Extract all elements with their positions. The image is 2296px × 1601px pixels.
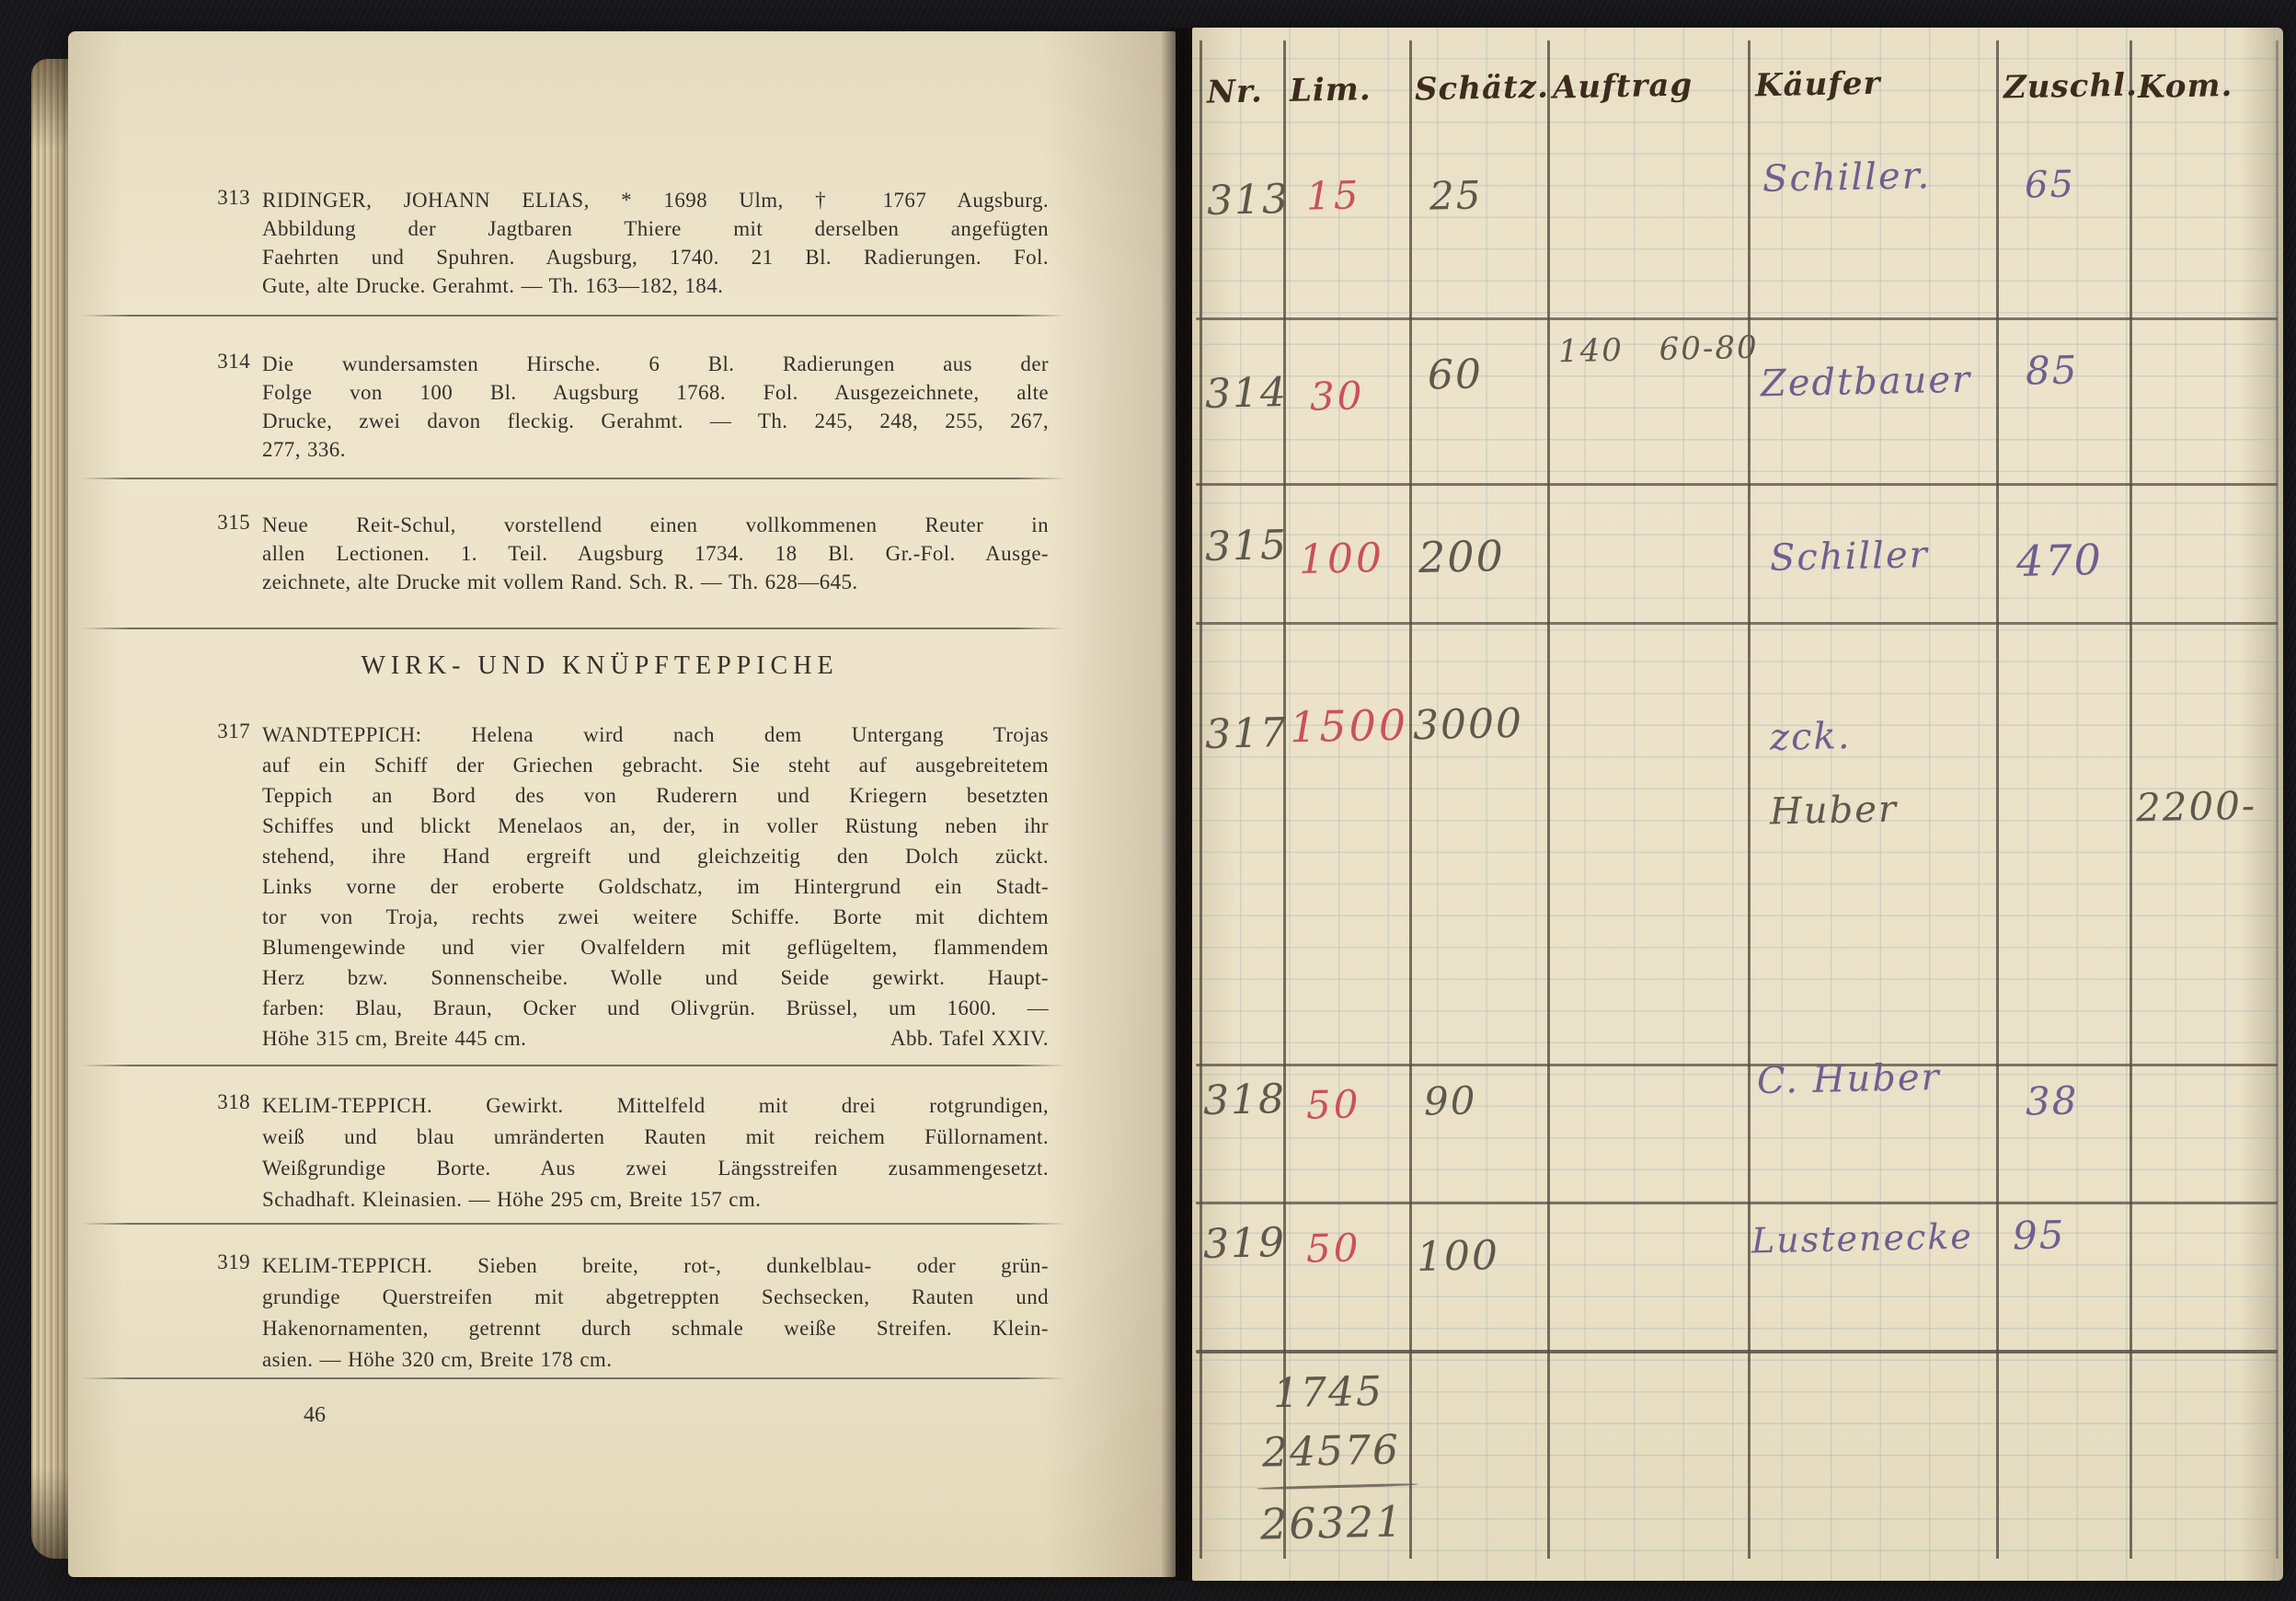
catalog-text-line: 277, 336. [262, 435, 1049, 464]
catalog-text-line: KELIM-TEPPICH. Sieben breite, rot-, dunk… [262, 1250, 1049, 1282]
ledger-cell-hammer-price: 95 [2012, 1212, 2065, 1258]
catalog-text-line: zeichnete, alte Drucke mit vollem Rand. … [262, 568, 1049, 596]
ledger-cell-limit: 50 [1305, 1081, 1360, 1127]
row-divider [1196, 622, 2278, 625]
catalog-entry-315: 315 Neue Reit-Schul, vorstellend einen v… [96, 511, 1049, 596]
column-header-auftrag: Auftrag [1553, 66, 1693, 106]
column-header-zuschl: Zuschl. [2003, 66, 2139, 106]
ledger-cell-nr: 317 [1204, 709, 1288, 758]
entry-number: 319 [186, 1250, 250, 1274]
entry-text: KELIM-TEPPICH. Gewirkt. Mittelfeld mit d… [262, 1090, 1049, 1215]
entry-divider [81, 1065, 1065, 1066]
totals-subtotal: 1745 [1272, 1368, 1383, 1418]
ledger-cell-estimate: 25 [1429, 172, 1482, 218]
catalog-text-line: Drucke, zwei davon fleckig. Gerahmt. — T… [262, 407, 1049, 435]
entry-number: 317 [186, 720, 250, 743]
entry-text: Die wundersamsten Hirsche. 6 Bl. Radieru… [262, 350, 1049, 464]
catalog-text-line: WANDTEPPICH: Helena wird nach dem Unterg… [262, 720, 1049, 750]
catalog-text-line: Abbildung der Jagtbaren Thiere mit derse… [262, 214, 1049, 243]
catalog-entry-317: 317 WANDTEPPICH: Helena wird nach dem Un… [96, 720, 1049, 1054]
catalog-text-line: Neue Reit-Schul, vorstellend einen vollk… [262, 511, 1049, 539]
ledger-cell-buyer: Lustenecke [1751, 1215, 1974, 1261]
entry-divider [81, 1223, 1065, 1225]
catalog-text-line: Links vorne der eroberte Goldschatz, im … [262, 871, 1049, 902]
ledger-cell-estimate: 60 [1427, 351, 1483, 398]
catalog-entry-313: 313 RIDINGER, JOHANN ELIAS, * 1698 Ulm, … [96, 186, 1049, 300]
page-number: 46 [96, 1403, 1049, 1428]
catalog-text-line: grundige Querstreifen mit abgetreppten S… [262, 1282, 1049, 1313]
column-header-kom: Kom. [2138, 67, 2233, 106]
ledger-cell-buyer: Schiller. [1762, 155, 1932, 201]
totals-divider [1196, 1350, 2278, 1353]
ledger-grid-lines [1192, 28, 2283, 1581]
catalog-entry-319: 319 KELIM-TEPPICH. Sieben breite, rot-, … [96, 1250, 1049, 1376]
ledger-cell-estimate: 100 [1416, 1232, 1499, 1281]
entry-divider [81, 315, 1065, 317]
catalog-page: 313 RIDINGER, JOHANN ELIAS, * 1698 Ulm, … [68, 31, 1176, 1577]
entry-number: 315 [186, 511, 250, 535]
row-divider [1196, 1064, 2278, 1066]
column-line-auftrag-kaeufer [1748, 40, 1751, 1559]
row-divider [1196, 1202, 2278, 1204]
entry-number: 313 [186, 186, 250, 210]
ledger-cell-limit: 30 [1309, 373, 1364, 419]
totals-underline [1257, 1483, 1418, 1491]
entry-text: Neue Reit-Schul, vorstellend einen vollk… [262, 511, 1049, 596]
ledger-cell-estimate: 90 [1423, 1077, 1476, 1123]
catalog-text-line: Weißgrundige Borte. Aus zwei Längsstreif… [262, 1153, 1049, 1184]
ledger-cell-nr: 315 [1204, 522, 1288, 570]
column-header-kaeufer: Käufer [1755, 65, 1881, 105]
ledger-cell-buyer-second: Huber [1770, 789, 1899, 834]
ledger-cell-hammer-price: 85 [2025, 347, 2078, 393]
column-header-schaetz: Schätz. [1415, 68, 1550, 108]
catalog-text-line: Folge von 100 Bl. Augsburg 1768. Fol. Au… [262, 378, 1049, 407]
catalog-text-line: Herz bzw. Sonnenscheibe. Wolle und Seide… [262, 962, 1049, 993]
catalog-text-line: weiß und blau umränderten Rauten mit rei… [262, 1122, 1049, 1153]
column-line-schaetz-auftrag [1547, 40, 1550, 1559]
ledger-cell-estimate: 3000 [1412, 700, 1523, 750]
catalog-text-line: Hakenornamenten, getrennt durch schmale … [262, 1313, 1049, 1344]
ledger-cell-limit: 50 [1305, 1225, 1360, 1271]
ledger-cell-nr: 313 [1206, 176, 1290, 225]
ledger-cell-bid-order: 140 60-80 [1558, 329, 1760, 371]
catalog-column: 313 RIDINGER, JOHANN ELIAS, * 1698 Ulm, … [96, 31, 1049, 1428]
column-line-nr-lim [1283, 40, 1286, 1559]
book-spread-photo: 313 RIDINGER, JOHANN ELIAS, * 1698 Ulm, … [0, 0, 2296, 1601]
catalog-text-line: Schadhaft. Kleinasien. — Höhe 295 cm, Br… [262, 1184, 1049, 1215]
catalog-text-line: Gute, alte Drucke. Gerahmt. — Th. 163—18… [262, 271, 1049, 300]
ledger-page: Nr. Lim. Schätz. Auftrag Käufer Zuschl. … [1192, 28, 2283, 1581]
entry-divider [81, 478, 1065, 479]
catalog-text-line: asien. — Höhe 320 cm, Breite 178 cm. [262, 1344, 1049, 1376]
column-line-zuschl-kom [2130, 40, 2132, 1559]
catalog-text-line: auf ein Schiff der Griechen gebracht. Si… [262, 750, 1049, 780]
column-line-right-edge [2276, 40, 2279, 1559]
column-header-nr: Nr. [1207, 73, 1264, 110]
catalog-text-line: tor von Troja, rechts zwei weitere Schif… [262, 902, 1049, 932]
ledger-cell-buyer: C. Huber [1757, 1056, 1942, 1102]
catalog-text-line: allen Lectionen. 1. Teil. Augsburg 1734.… [262, 539, 1049, 568]
ledger-cell-buyer: Zedtbauer [1761, 359, 1972, 406]
catalog-text-line: stehend, ihre Hand ergreift und gleichze… [262, 841, 1049, 871]
entry-number: 318 [186, 1090, 250, 1114]
ledger-cell-buyer: zck. [1770, 715, 1852, 759]
row-divider [1196, 483, 2278, 486]
column-header-lim: Lim. [1290, 71, 1372, 109]
ledger-cell-nr: 319 [1202, 1219, 1286, 1268]
totals-carryover: 24576 [1261, 1426, 1400, 1476]
entry-text: WANDTEPPICH: Helena wird nach dem Unterg… [262, 720, 1049, 1054]
plate-reference: Abb. Tafel XXIV. [890, 1023, 1049, 1054]
ledger-cell-limit: 1500 [1289, 700, 1408, 753]
ledger-cell-buyer: Schiller [1770, 534, 1930, 580]
dimension-text: Höhe 315 cm, Breite 445 cm. [262, 1023, 526, 1054]
catalog-text-line: Höhe 315 cm, Breite 445 cm.Abb. Tafel XX… [262, 1023, 1049, 1054]
column-line-left-edge [1200, 40, 1202, 1559]
catalog-text-line: farben: Blau, Braun, Ocker und Olivgrün.… [262, 993, 1049, 1023]
catalog-text-line: Die wundersamsten Hirsche. 6 Bl. Radieru… [262, 350, 1049, 378]
entry-text: KELIM-TEPPICH. Sieben breite, rot-, dunk… [262, 1250, 1049, 1376]
column-line-kaeufer-zuschl [1996, 40, 1999, 1559]
ledger-cell-commission: 2200- [2136, 783, 2257, 831]
row-divider [1196, 317, 2278, 320]
ledger-cell-limit: 15 [1305, 172, 1360, 218]
catalog-text-line: KELIM-TEPPICH. Gewirkt. Mittelfeld mit d… [262, 1090, 1049, 1122]
column-line-lim-schaetz [1409, 40, 1412, 1559]
totals-sum: 26321 [1259, 1496, 1404, 1549]
entry-divider [81, 628, 1065, 629]
catalog-text-line: Schiffes und blickt Menelaos an, der, in… [262, 811, 1049, 841]
footer-divider [81, 1377, 1065, 1379]
ledger-cell-hammer-price: 65 [2025, 163, 2076, 206]
ledger-cell-hammer-price: 38 [2025, 1077, 2078, 1123]
catalog-entry-314: 314 Die wundersamsten Hirsche. 6 Bl. Rad… [96, 350, 1049, 464]
ledger-cell-estimate: 200 [1418, 531, 1505, 582]
catalog-text-line: Teppich an Bord des von Ruderern und Kri… [262, 780, 1049, 811]
entry-number: 314 [186, 350, 250, 374]
ledger-cell-nr: 314 [1204, 369, 1288, 418]
ledger-cell-nr: 318 [1202, 1076, 1286, 1124]
ledger-cell-hammer-price: 470 [2015, 535, 2103, 586]
section-heading: WIRK- UND KNÜPFTEPPICHE [151, 650, 1049, 683]
catalog-entry-318: 318 KELIM-TEPPICH. Gewirkt. Mittelfeld m… [96, 1090, 1049, 1215]
ledger-cell-limit: 100 [1298, 535, 1384, 583]
catalog-text-line: Blumengewinde und vier Ovalfeldern mit g… [262, 932, 1049, 962]
catalog-text-line: RIDINGER, JOHANN ELIAS, * 1698 Ulm, † 17… [262, 186, 1049, 214]
entry-text: RIDINGER, JOHANN ELIAS, * 1698 Ulm, † 17… [262, 186, 1049, 300]
catalog-text-line: Faehrten und Spuhren. Augsburg, 1740. 21… [262, 243, 1049, 271]
